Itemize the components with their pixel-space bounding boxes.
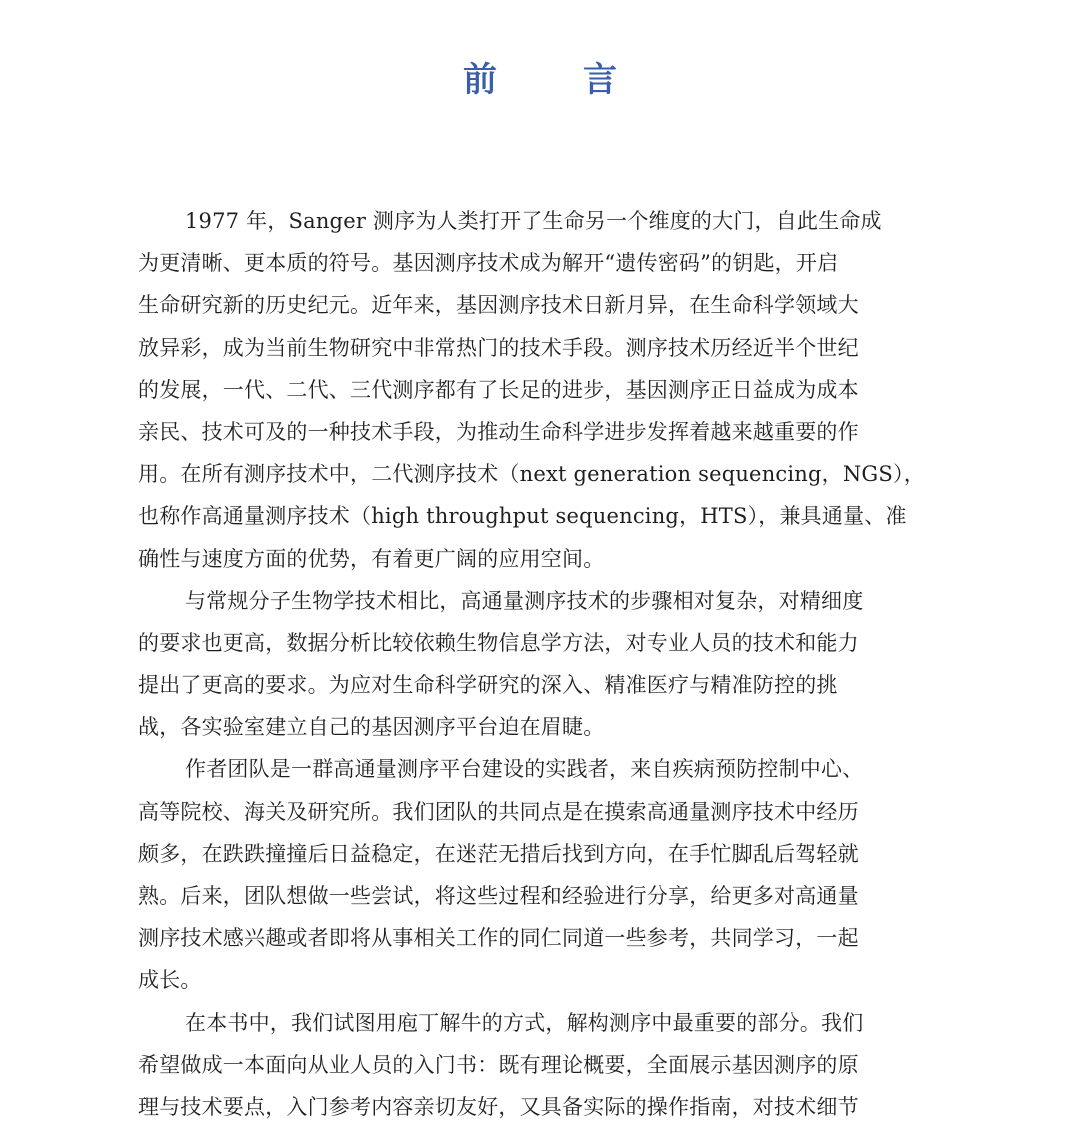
- paragraph-2: 与常规分子生物学技术相比，高通量测序技术的步骤相对复杂，对精细度 的要求也更高，…: [138, 580, 928, 749]
- text-line: 的发展，一代、二代、三代测序都有了长足的进步，基因测序正日益成为成本: [138, 369, 928, 411]
- text-line: 生命研究新的历史纪元。近年来，基因测序技术日新月异，在生命科学领域大: [138, 284, 928, 326]
- text-line: 作者团队是一群高通量测序平台建设的实践者，来自疾病预防控制中心、: [138, 748, 928, 790]
- text-line: 熟。后来，团队想做一些尝试，将这些过程和经验进行分享，给更多对高通量: [138, 875, 928, 917]
- page-title-char-1: 前: [463, 52, 497, 101]
- text-line: 的要求也更高，数据分析比较依赖生物信息学方法，对专业人员的技术和能力: [138, 622, 928, 664]
- text-line: 用。在所有测序技术中，二代测序技术（next generation sequen…: [138, 453, 928, 495]
- text-line: 放异彩，成为当前生物研究中非常热门的技术手段。测序技术历经近半个世纪: [138, 327, 928, 369]
- paragraph-3: 作者团队是一群高通量测序平台建设的实践者，来自疾病预防控制中心、 高等院校、海关…: [138, 748, 928, 1001]
- text-line: 为更清晰、更本质的符号。基因测序技术成为解开“遗传密码”的钥匙，开启: [138, 242, 928, 284]
- text-line: 也称作高通量测序技术（high throughput sequencing，HT…: [138, 495, 928, 537]
- text-line: 希望做成一本面向从业人员的入门书：既有理论概要，全面展示基因测序的原: [138, 1044, 928, 1086]
- preface-body: 1977 年，Sanger 测序为人类打开了生命另一个维度的大门，自此生命成 为…: [138, 200, 928, 1128]
- text-line: 成长。: [138, 959, 928, 1001]
- text-line: 测序技术感兴趣或者即将从事相关工作的同仁同道一些参考，共同学习，一起: [138, 917, 928, 959]
- paragraph-1: 1977 年，Sanger 测序为人类打开了生命另一个维度的大门，自此生命成 为…: [138, 200, 928, 580]
- text-line: 高等院校、海关及研究所。我们团队的共同点是在摸索高通量测序技术中经历: [138, 791, 928, 833]
- page-title-char-2: 言: [583, 52, 617, 101]
- text-line: 1977 年，Sanger 测序为人类打开了生命另一个维度的大门，自此生命成: [138, 200, 928, 242]
- text-line: 在本书中，我们试图用庖丁解牛的方式，解构测序中最重要的部分。我们: [138, 1002, 928, 1044]
- text-line: 颇多，在跌跌撞撞后日益稳定，在迷茫无措后找到方向，在手忙脚乱后驾轻就: [138, 833, 928, 875]
- page-title: 前言: [0, 52, 1080, 101]
- text-line: 理与技术要点，入门参考内容亲切友好，又具备实际的操作指南，对技术细节: [138, 1086, 928, 1128]
- text-line: 提出了更高的要求。为应对生命科学研究的深入、精准医疗与精准防控的挑: [138, 664, 928, 706]
- text-line: 与常规分子生物学技术相比，高通量测序技术的步骤相对复杂，对精细度: [138, 580, 928, 622]
- text-line: 战，各实验室建立自己的基因测序平台迫在眉睫。: [138, 706, 928, 748]
- text-line: 确性与速度方面的优势，有着更广阔的应用空间。: [138, 538, 928, 580]
- paragraph-4: 在本书中，我们试图用庖丁解牛的方式，解构测序中最重要的部分。我们 希望做成一本面…: [138, 1002, 928, 1129]
- text-line: 亲民、技术可及的一种技术手段，为推动生命科学进步发挥着越来越重要的作: [138, 411, 928, 453]
